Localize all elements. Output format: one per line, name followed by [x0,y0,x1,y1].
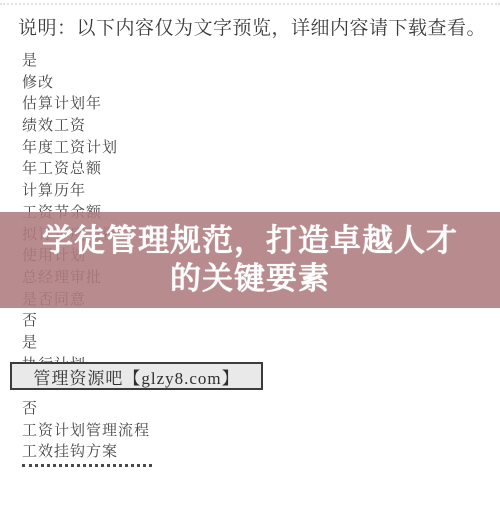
footer-line: 工资计划管理流程 [22,420,482,442]
watermark-label: 管理资源吧【glzy8.com】 [33,364,239,389]
preview-line: 否 [22,310,482,332]
preview-line: 年工资总额 [22,158,482,180]
preview-line: 估算计划年 [22,93,482,115]
preview-line: 是 [22,50,482,72]
banner-title-line2: 的关键要素 [170,260,330,298]
preview-line: 是 [22,332,482,354]
title-banner: 学徒管理规范，打造卓越人才 的关键要素 [0,212,500,308]
top-dotted-divider [0,3,500,5]
ellipsis-divider [22,464,152,467]
preview-line: 绩效工资 [22,115,482,137]
footer-line: 否 [22,398,482,420]
footer-line: 工效挂钩方案 [22,441,482,463]
preview-notice: 说明：以下内容仅为文字预览，详细内容请下载查看。 [18,16,486,42]
document-preview-page: 说明：以下内容仅为文字预览，详细内容请下载查看。 是 修改 估算计划年 绩效工资… [0,0,500,519]
preview-line: 年度工资计划 [22,137,482,159]
preview-line: 计算历年 [22,180,482,202]
footer-text-block: 否 工资计划管理流程 工效挂钩方案 [22,398,482,463]
watermark-box[interactable]: 管理资源吧【glzy8.com】 [10,362,263,390]
banner-title-line1: 学徒管理规范，打造卓越人才 [42,222,458,260]
preview-line: 修改 [22,72,482,94]
